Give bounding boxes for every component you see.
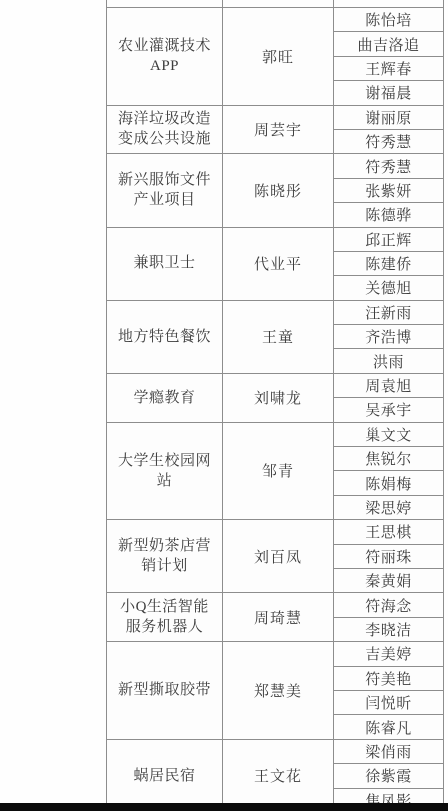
leader-cell: 郑慧美: [223, 642, 334, 740]
assignment-table: 农业灌溉技术APP郭旺陈怡培曲吉洛追王辉春谢福晨海洋垃圾改造变成公共设施周芸宇谢…: [106, 0, 444, 811]
table-row: 新型奶茶店营销计划刘百凤王思棋: [107, 520, 444, 544]
member-cell: 符秀慧: [334, 154, 444, 178]
member-cell: 邱正辉: [334, 227, 444, 251]
project-cell: 海洋垃圾改造变成公共设施: [107, 105, 223, 154]
project-cell: 新兴服饰文件产业项目: [107, 154, 223, 227]
member-cell: 周袁旭: [334, 373, 444, 397]
member-cell: 吉美婷: [334, 642, 444, 666]
member-cell: 李晓洁: [334, 617, 444, 641]
table-row: 地方特色餐饮王童汪新雨: [107, 300, 444, 324]
table-row: 兼职卫士代业平邱正辉: [107, 227, 444, 251]
table-row: 农业灌溉技术APP郭旺陈怡培: [107, 8, 444, 32]
member-cell: 谢福晨: [334, 81, 444, 105]
project-cell: 小Q生活智能服务机器人: [107, 593, 223, 642]
project-cell: 农业灌溉技术APP: [107, 8, 223, 106]
project-cell: 新型奶茶店营销计划: [107, 520, 223, 593]
member-cell: 徐紫霞: [334, 764, 444, 788]
member-cell: 陈德骅: [334, 203, 444, 227]
assignment-table-body: 农业灌溉技术APP郭旺陈怡培曲吉洛追王辉春谢福晨海洋垃圾改造变成公共设施周芸宇谢…: [107, 0, 444, 811]
member-cell: 陈建侨: [334, 251, 444, 275]
leader-cell: 代业平: [223, 227, 334, 300]
table-row: 新兴服饰文件产业项目陈晓彤符秀慧: [107, 154, 444, 178]
project-cell: 地方特色餐饮: [107, 300, 223, 373]
member-cell: 陈娟梅: [334, 471, 444, 495]
leader-cell: 王文花: [223, 739, 334, 811]
member-cell: 王辉春: [334, 56, 444, 80]
leader-cell: 陈晓彤: [223, 154, 334, 227]
member-cell: 闫悦昕: [334, 690, 444, 714]
member-cell: 齐浩博: [334, 325, 444, 349]
member-cell: 洪雨: [334, 349, 444, 373]
leader-cell: 周琦慧: [223, 593, 334, 642]
member-cell: 秦黄娟: [334, 568, 444, 592]
table-row: 小Q生活智能服务机器人周琦慧符海念: [107, 593, 444, 617]
project-cell-partial: [107, 0, 223, 8]
member-cell: 谢丽原: [334, 105, 444, 129]
table-row-partial-top: [107, 0, 444, 8]
member-cell: 梁俏雨: [334, 739, 444, 763]
table-row: 大学生校园网站邹青巢文文: [107, 422, 444, 446]
leader-cell: 王童: [223, 300, 334, 373]
member-cell: 符海念: [334, 593, 444, 617]
leader-cell: 刘百凤: [223, 520, 334, 593]
leader-cell: 周芸宇: [223, 105, 334, 154]
table-row: 蜗居民宿王文花梁俏雨: [107, 739, 444, 763]
leader-cell: 刘啸龙: [223, 373, 334, 422]
member-cell: 曲吉洛追: [334, 32, 444, 56]
member-cell-partial: [334, 0, 444, 8]
member-cell: 符丽珠: [334, 544, 444, 568]
project-cell: 蜗居民宿: [107, 739, 223, 811]
member-cell: 陈怡培: [334, 8, 444, 32]
leader-cell: 邹青: [223, 422, 334, 520]
member-cell: 陈睿凡: [334, 715, 444, 739]
project-cell: 学瘾教育: [107, 373, 223, 422]
table-row: 海洋垃圾改造变成公共设施周芸宇谢丽原: [107, 105, 444, 129]
member-cell: 吴承宇: [334, 398, 444, 422]
project-cell: 兼职卫士: [107, 227, 223, 300]
table-row: 学瘾教育刘啸龙周袁旭: [107, 373, 444, 397]
leader-cell-partial: [223, 0, 334, 8]
screenshot-bottom-edge-bar: [0, 803, 448, 811]
table-row: 新型撕取胶带郑慧美吉美婷: [107, 642, 444, 666]
member-cell: 汪新雨: [334, 300, 444, 324]
project-cell: 大学生校园网站: [107, 422, 223, 520]
leader-cell: 郭旺: [223, 8, 334, 106]
project-cell: 新型撕取胶带: [107, 642, 223, 740]
member-cell: 符秀慧: [334, 129, 444, 153]
member-cell: 张紫妍: [334, 178, 444, 202]
member-cell: 巢文文: [334, 422, 444, 446]
member-cell: 符美艳: [334, 666, 444, 690]
document-page: 农业灌溉技术APP郭旺陈怡培曲吉洛追王辉春谢福晨海洋垃圾改造变成公共设施周芸宇谢…: [0, 0, 448, 811]
member-cell: 梁思婷: [334, 495, 444, 519]
member-cell: 王思棋: [334, 520, 444, 544]
member-cell: 关德旭: [334, 276, 444, 300]
member-cell: 焦锐尔: [334, 447, 444, 471]
